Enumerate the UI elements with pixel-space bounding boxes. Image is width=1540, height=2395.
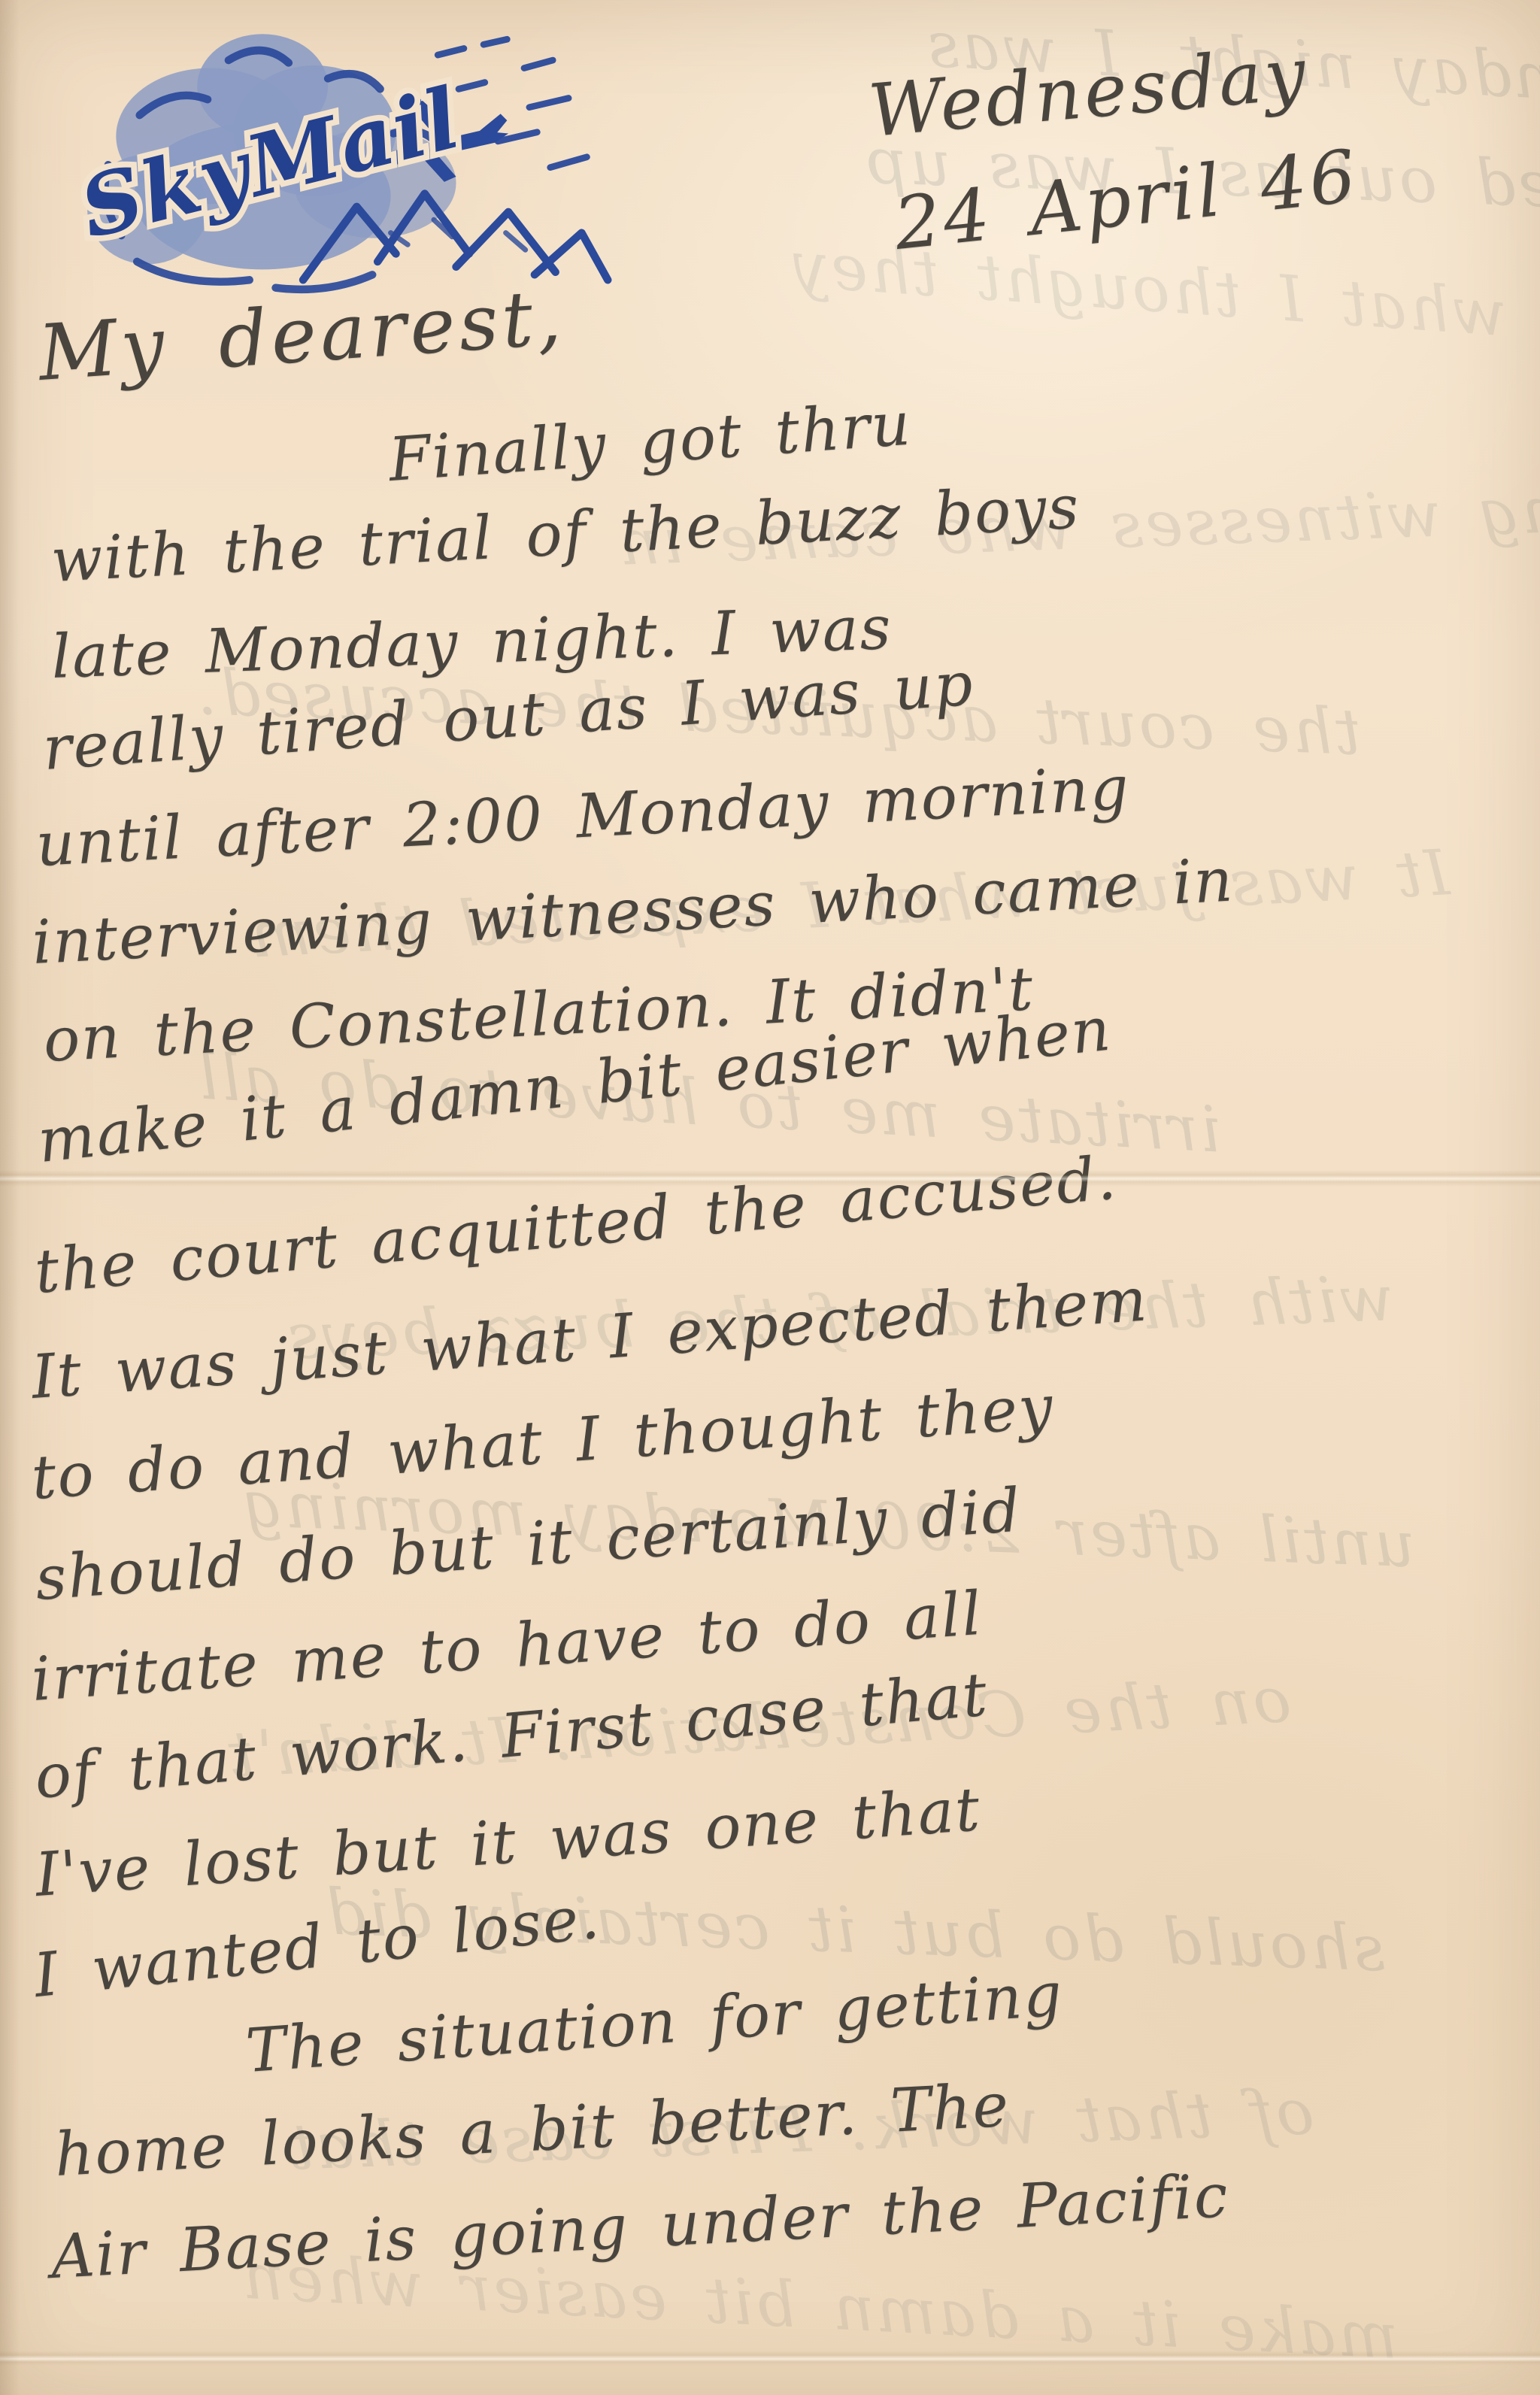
body-line-1: with the trial of the buzz boys [50,477,1081,591]
letter-scan-page: late Monday night. I was really tired ou… [0,0,1540,2395]
skymail-letterhead: SkyMail [53,11,624,311]
body-line-4: until after 2:00 Monday morning [35,758,1132,875]
body-line-16: The situation for getting [244,1964,1065,2081]
body-line-15: I wanted to lose. [32,1887,603,2006]
body-line-0: Finally got thru [387,394,913,490]
scan-edge-shadow [0,0,20,2395]
skymail-logo: SkyMail [53,11,624,311]
